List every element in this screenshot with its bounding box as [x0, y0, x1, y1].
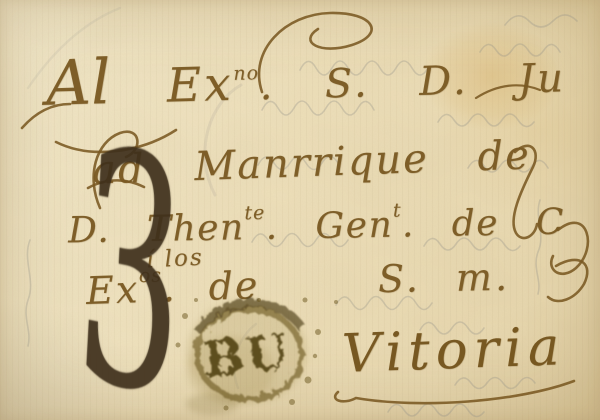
- scanned-letter-cover: AlExno. S. D. Ju ad Manrrique de D. Then…: [0, 0, 600, 420]
- postmark-letters: BU: [198, 322, 290, 387]
- postmark-layer: BU: [0, 0, 600, 420]
- postmark-stamp: BU: [176, 298, 339, 416]
- postmark-smear: [186, 393, 238, 415]
